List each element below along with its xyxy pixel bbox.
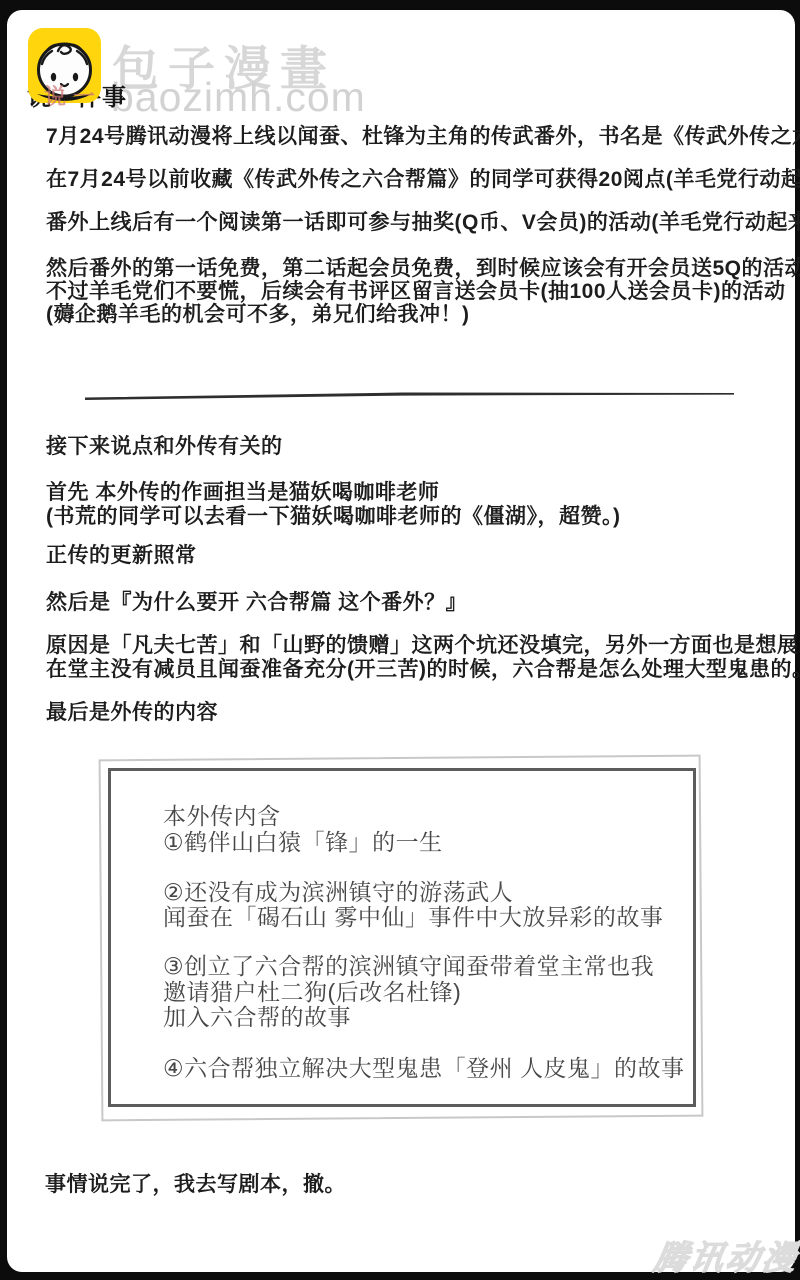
box-line: 闻蚕在「碣石山 雾中仙」事件中大放异彩的故事 [163,904,663,930]
followup-line: (书荒的同学可以去看一下猫妖喝咖啡老师的《僵湖》，超赞。) [46,504,620,529]
closing-line: 事情说完了，我去写剧本，撤。 [45,1172,346,1197]
announcement-line: (薅企鹅羊毛的机会可不多，弟兄们给我冲！) [46,302,470,327]
followup-line: 然后是『为什么要开 六合帮篇 这个番外？』 [46,590,467,615]
followup-line: 最后是外传的内容 [46,700,218,725]
box-line: ③创立了六合帮的滨洲镇守闻蚕带着堂主常也我 [163,953,654,979]
followup-line: 原因是「凡夫七苦」和「山野的馈赠」这两个坑还没填完，另外一方面也是想展示一下， [46,633,800,658]
box-line: ②还没有成为滨洲镇守的游荡武人 [163,879,513,905]
box-line: ④六合帮独立解决大型鬼患「登州 人皮鬼」的故事 [163,1055,685,1081]
comic-page-screenshot: { "brand": { "logo_icon": "baozi-bun-ico… [0,0,800,1280]
box-line: ①鹤伴山白猿「锋」的一生 [163,829,443,855]
followup-line: 首先 本外传的作画担当是猫妖喝咖啡老师 [46,480,439,505]
followup-line: 在堂主没有减员且闻蚕准备充分(开三苦)的时候，六合帮是怎么处理大型鬼患的。 [46,657,800,682]
comic-page: 说一件事 说一 包子漫畫 baozimh.com 7月24号腾讯动漫将上线以闻蚕… [7,10,795,1272]
tencent-watermark: 腾讯动漫 [651,1232,800,1279]
followup-line: 正传的更新照常 [46,543,197,568]
box-line: 本外传内含 [163,803,281,829]
announcement-line: 番外上线后有一个阅读第一话即可参与抽奖(Q币、V会员)的活动(羊毛党行动起来！) [46,210,800,235]
box-line: 邀请猎户杜二狗(后改名杜锋) [163,979,461,1005]
announcement-line: 7月24号腾讯动漫将上线以闻蚕、杜锋为主角的传武番外，书名是《传武外传之六合帮篇… [46,124,800,149]
box-line: 加入六合帮的故事 [163,1004,351,1030]
heading-showthrough-text: 说一 [44,80,102,111]
announcement-line: 不过羊毛党们不要慌，后续会有书评区留言送会员卡(抽100人送会员卡)的活动 [46,279,786,304]
brand-domain-watermark: baozimh.com [111,74,366,121]
section-divider [82,381,742,403]
announcement-line: 在7月24号以前收藏《传武外传之六合帮篇》的同学可获得20阅点(羊毛党行动起来！… [46,167,800,192]
followup-line: 接下来说点和外传有关的 [46,434,283,459]
announcement-line: 然后番外的第一话免费，第二话起会员免费，到时候应该会有开会员送5Q的活动， [46,256,800,281]
